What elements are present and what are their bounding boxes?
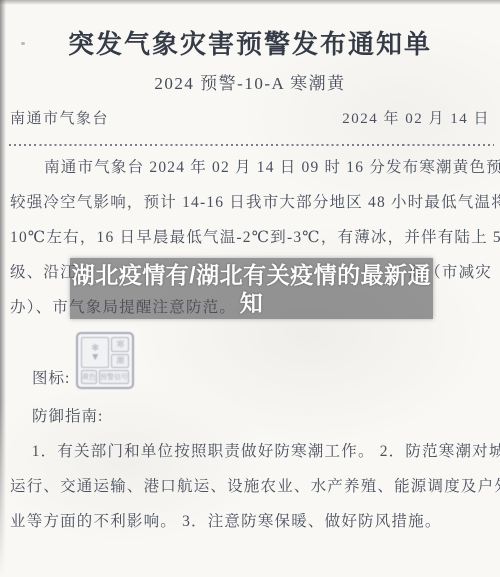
body-line-2: 较强冷空气影响，预计 14-16 日我市大部分地区 48 小时最低气温将下降 <box>10 185 492 220</box>
issuer-name: 南通市气象台 <box>10 107 109 128</box>
scan-artifact-speck <box>21 42 25 45</box>
headline-overlay-line-1: 湖北疫情有/湖北有关疫情的最新通 <box>72 261 431 289</box>
strip-right-cell: 预警信号 <box>99 370 129 384</box>
dotted-divider <box>6 144 494 146</box>
scanned-notice-page: 突发气象灾害预警发布通知单 2024 预警-10-A 寒潮黄 南通市气象台 20… <box>0 0 500 577</box>
char-cell-top: 寒 <box>111 337 129 352</box>
body-line-1: 南通市气象台 2024 年 02 月 14 日 09 时 16 分发布寒潮黄色预… <box>10 150 492 185</box>
document-title: 突发气象灾害预警发布通知单 <box>0 24 500 61</box>
guide-line-3: 业等方面的不利影响。 3．注意防寒保暖、做好防风措施。 <box>10 504 492 539</box>
issuer-date-row: 南通市气象台 2024 年 02 月 14 日 <box>10 107 490 128</box>
warning-icon-bottom-strip: 黄色 预警信号 <box>81 370 129 384</box>
warning-icon-chars: 寒 潮 <box>111 337 129 368</box>
scan-edge-top <box>0 0 500 5</box>
strip-left-cell: 黄色 <box>81 370 97 384</box>
warning-icon-top: ❄ ▼ 寒 潮 <box>81 337 129 368</box>
body-line-4-left: 级、沿江 <box>10 255 77 290</box>
headline-overlay-banner: 湖北疫情有/湖北有关疫情的最新通 知 <box>70 258 433 319</box>
down-arrow-glyph: ▼ <box>90 353 100 362</box>
snowflake-arrow-icon: ❄ ▼ <box>81 337 109 368</box>
body-line-3: 10℃左右，16 日早晨最低气温-2℃到-3℃，有薄冰，并伴有陆上 5-7 <box>10 220 492 255</box>
guide-line-2: 运行、交通运输、港口航运、设施农业、水产养殖、能源调度及户外作 <box>10 469 492 504</box>
headline-overlay-line-2: 知 <box>240 289 264 317</box>
cold-wave-warning-icon: ❄ ▼ 寒 潮 黄色 预警信号 <box>76 332 134 389</box>
icon-field-label: 图标: <box>32 366 70 388</box>
char-cell-bottom: 潮 <box>111 354 129 369</box>
issue-date: 2024 年 02 月 14 日 <box>342 107 490 128</box>
document-subtitle: 2024 预警-10-A 寒潮黄 <box>0 69 500 94</box>
guide-line-1: 1．有关部门和单位按照职责做好防寒潮工作。 2．防范寒潮对城市 <box>10 434 492 469</box>
defense-guide-heading: 防御指南: <box>32 404 103 426</box>
scan-edge-left <box>0 0 6 577</box>
defense-guide-paragraph: 1．有关部门和单位按照职责做好防寒潮工作。 2．防范寒潮对城市 运行、交通运输、… <box>10 434 492 539</box>
